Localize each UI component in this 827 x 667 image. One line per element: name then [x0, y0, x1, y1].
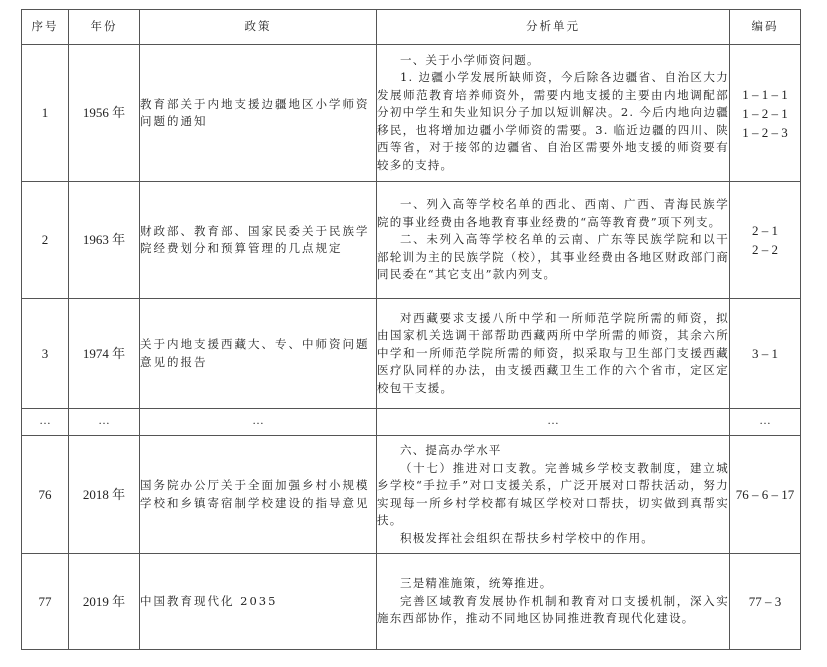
row-analysis: 一、关于小学师资问题。 1. 边疆小学发展所缺师资，今后除各边疆省、自治区大力发…: [377, 45, 730, 182]
row-no: 76: [22, 436, 69, 554]
row-year: 2019 年: [69, 554, 140, 650]
row-no: 1: [22, 45, 69, 182]
table-row: 76 2018 年 国务院办公厅关于全面加强乡村小规模学校和乡镇寄宿制学校建设的…: [22, 436, 801, 554]
row-no: 2: [22, 182, 69, 299]
analysis-paragraph: 完善区域教育发展协作机制和教育对口支援机制，深入实施东西部协作，推动不同地区协同…: [377, 593, 729, 628]
code-value: 77 – 3: [730, 592, 800, 611]
row-year: 1963 年: [69, 182, 140, 299]
analysis-paragraph: 1. 边疆小学发展所缺师资，今后除各边疆省、自治区大力发展师范教育培养师资外，需…: [377, 69, 729, 174]
row-codes: 1 – 1 – 1 1 – 2 – 1 1 – 2 – 3: [730, 45, 801, 182]
code-value: 2 – 1: [730, 221, 800, 240]
ellipsis-analysis: …: [377, 409, 730, 436]
row-policy: 关于内地支援西藏大、专、中师资问题意见的报告: [140, 299, 377, 409]
row-analysis: 六、提高办学水平 （十七）推进对口支教。完善城乡学校支教制度，建立城乡学校“手拉…: [377, 436, 730, 554]
table-row: 77 2019 年 中国教育现代化 2035 三是精准施策，统筹推进。 完善区域…: [22, 554, 801, 650]
row-policy: 教育部关于内地支援边疆地区小学师资问题的通知: [140, 45, 377, 182]
row-codes: 76 – 6 – 17: [730, 436, 801, 554]
row-codes: 2 – 1 2 – 2: [730, 182, 801, 299]
code-value: 1 – 2 – 3: [730, 123, 800, 142]
row-year: 1956 年: [69, 45, 140, 182]
row-no: 3: [22, 299, 69, 409]
header-analysis-unit: 分析单元: [377, 10, 730, 45]
table-row: 2 1963 年 财政部、教育部、国家民委关于民族学院经费划分和预算管理的几点规…: [22, 182, 801, 299]
analysis-paragraph: 一、关于小学师资问题。: [377, 52, 729, 70]
ellipsis-code: …: [730, 409, 801, 436]
analysis-paragraph: 对西藏要求支援八所中学和一所师范学院所需的师资，拟由国家机关选调干部帮助西藏两所…: [377, 310, 729, 398]
row-year: 1974 年: [69, 299, 140, 409]
analysis-paragraph: 积极发挥社会组织在帮扶乡村学校中的作用。: [377, 530, 729, 548]
row-codes: 3 – 1: [730, 299, 801, 409]
header-code: 编码: [730, 10, 801, 45]
code-value: 3 – 1: [730, 344, 800, 363]
analysis-paragraph: 一、列入高等学校名单的西北、西南、广西、青海民族学院的事业经费由各地教育事业经费…: [377, 196, 729, 231]
row-policy: 财政部、教育部、国家民委关于民族学院经费划分和预算管理的几点规定: [140, 182, 377, 299]
row-analysis: 一、列入高等学校名单的西北、西南、广西、青海民族学院的事业经费由各地教育事业经费…: [377, 182, 730, 299]
row-year: 2018 年: [69, 436, 140, 554]
row-policy: 国务院办公厅关于全面加强乡村小规模学校和乡镇寄宿制学校建设的指导意见: [140, 436, 377, 554]
analysis-paragraph: （十七）推进对口支教。完善城乡学校支教制度，建立城乡学校“手拉手”对口支援关系，…: [377, 460, 729, 530]
ellipsis-year: …: [69, 409, 140, 436]
code-value: 2 – 2: [730, 240, 800, 259]
table-row: 3 1974 年 关于内地支援西藏大、专、中师资问题意见的报告 对西藏要求支援八…: [22, 299, 801, 409]
policy-analysis-table: 序号 年份 政策 分析单元 编码 1 1956 年 教育部关于内地支援边疆地区小…: [21, 9, 801, 650]
header-policy: 政策: [140, 10, 377, 45]
ellipsis-no: …: [22, 409, 69, 436]
row-analysis: 三是精准施策，统筹推进。 完善区域教育发展协作机制和教育对口支援机制，深入实施东…: [377, 554, 730, 650]
analysis-paragraph: 二、未列入高等学校名单的云南、广东等民族学院和以干部轮训为主的民族学院（校），其…: [377, 231, 729, 284]
analysis-paragraph: 六、提高办学水平: [377, 442, 729, 460]
ellipsis-row: … … … … …: [22, 409, 801, 436]
analysis-paragraph: 三是精准施策，统筹推进。: [377, 575, 729, 593]
header-row: 序号 年份 政策 分析单元 编码: [22, 10, 801, 45]
table-row: 1 1956 年 教育部关于内地支援边疆地区小学师资问题的通知 一、关于小学师资…: [22, 45, 801, 182]
header-year: 年份: [69, 10, 140, 45]
code-value: 76 – 6 – 17: [730, 485, 800, 504]
code-value: 1 – 1 – 1: [730, 85, 800, 104]
row-codes: 77 – 3: [730, 554, 801, 650]
row-analysis: 对西藏要求支援八所中学和一所师范学院所需的师资，拟由国家机关选调干部帮助西藏两所…: [377, 299, 730, 409]
row-no: 77: [22, 554, 69, 650]
row-policy: 中国教育现代化 2035: [140, 554, 377, 650]
ellipsis-policy: …: [140, 409, 377, 436]
header-no: 序号: [22, 10, 69, 45]
code-value: 1 – 2 – 1: [730, 104, 800, 123]
